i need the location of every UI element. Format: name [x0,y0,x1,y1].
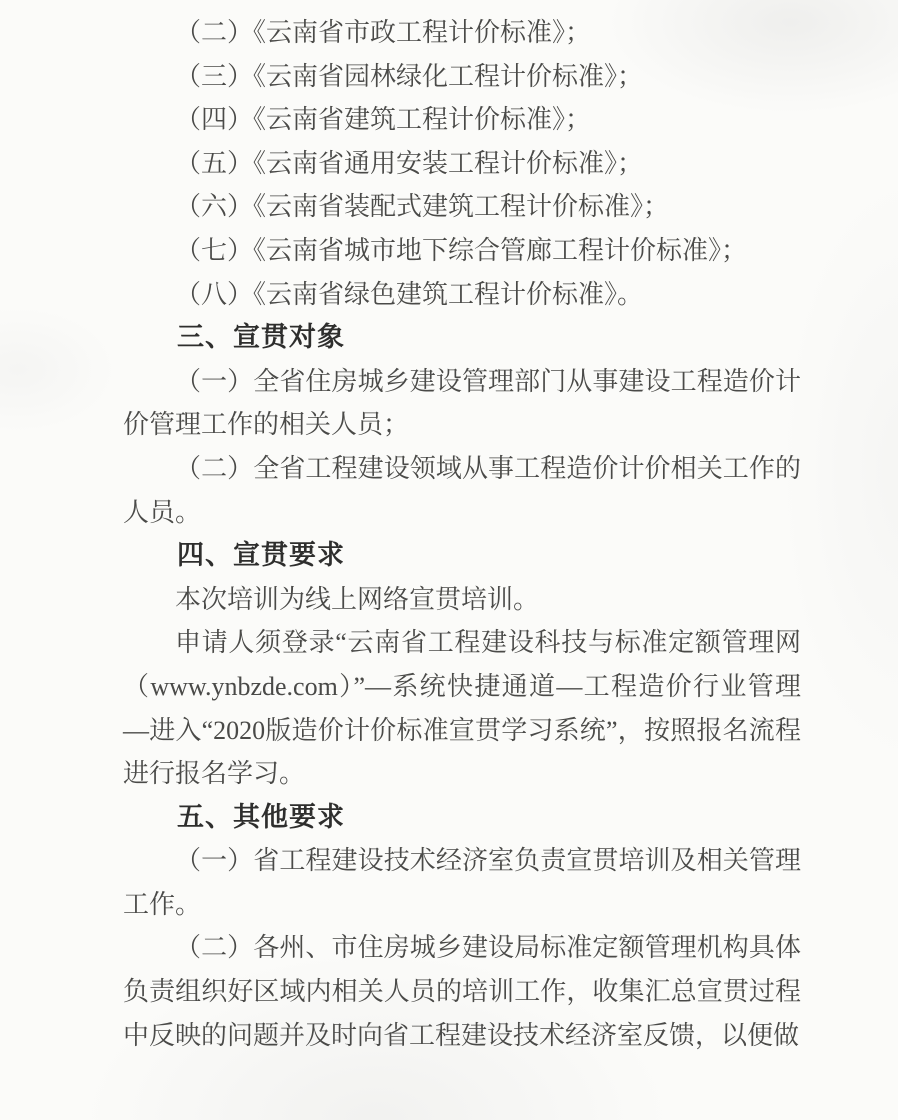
section-5-paragraph-2: （二）各州、市住房城乡建设局标准定额管理机构具体负责组织好区域内相关人员的培训工… [123,926,801,1057]
standard-item-4: （四）《云南省建筑工程计价标准》； [123,98,801,142]
document-body: （二）《云南省市政工程计价标准》； （三）《云南省园林绿化工程计价标准》； （四… [123,11,801,1057]
section-3-paragraph-2: （二）全省工程建设领域从事工程造价计价相关工作的人员。 [123,447,801,534]
standard-item-7: （七）《云南省城市地下综合管廊工程计价标准》； [123,229,801,273]
standard-item-5: （五）《云南省通用安装工程计价标准》； [123,142,801,186]
section-3-heading: 三、宣贯对象 [123,316,801,360]
section-3-paragraph-1: （一）全省住房城乡建设管理部门从事建设工程造价计价管理工作的相关人员； [123,360,801,447]
standard-item-6: （六）《云南省装配式建筑工程计价标准》； [123,185,801,229]
section-4-paragraph-1: 本次培训为线上网络宣贯培训。 [123,578,801,622]
section-4-heading: 四、宣贯要求 [123,534,801,578]
document-page: { "document": { "standards_list": [ "（二）… [0,0,898,1120]
section-5-paragraph-1: （一）省工程建设技术经济室负责宣贯培训及相关管理工作。 [123,839,801,926]
standard-item-8: （八）《云南省绿色建筑工程计价标准》。 [123,273,801,317]
section-4-paragraph-2: 申请人须登录“云南省工程建设科技与标准定额管理网（www.ynbzde.com）… [123,621,801,795]
section-5-heading: 五、其他要求 [123,796,801,840]
standard-item-3: （三）《云南省园林绿化工程计价标准》； [123,55,801,99]
standard-item-2: （二）《云南省市政工程计价标准》； [123,11,801,55]
